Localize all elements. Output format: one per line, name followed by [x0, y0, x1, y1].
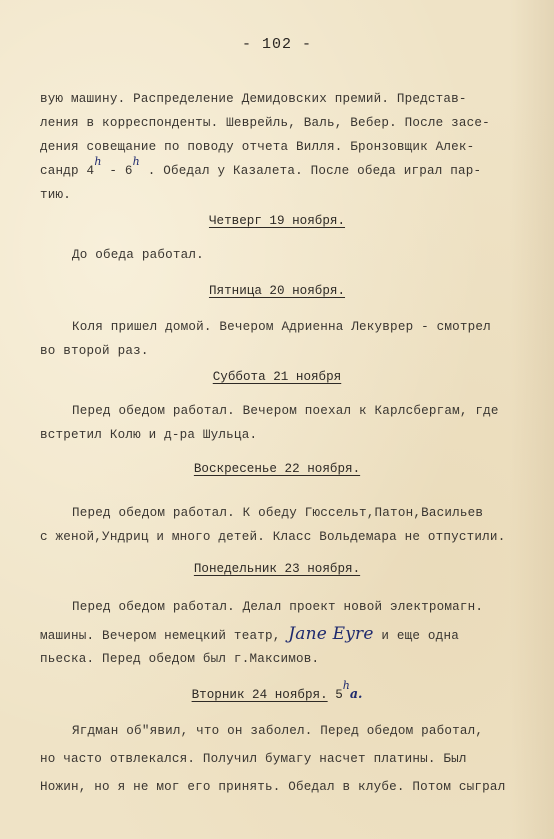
entry-heading: Понедельник 23 ноября.	[0, 562, 554, 576]
handwritten-title: Jane Eyre	[288, 624, 373, 644]
text-line: До обеда работал.	[72, 248, 204, 262]
text-line: Перед обедом работал. Делал проект новой…	[72, 600, 483, 614]
text-line: Перед обедом работал. Вечером поехал к К…	[72, 404, 499, 418]
text-line: Ягдман об"явил, что он заболел. Перед об…	[72, 724, 483, 738]
text-fragment: - 6	[102, 164, 133, 178]
text-line: пьеска. Перед обедом был г.Максимов.	[40, 652, 319, 666]
handwritten-superscript: h	[133, 155, 140, 168]
text-fragment: . Обедал у Казалета. После обеда играл п…	[140, 164, 481, 178]
text-line: встретил Колю и д-ра Шульца.	[40, 428, 257, 442]
text-line: тию.	[40, 188, 71, 202]
entry-heading: Четверг 19 ноября.	[0, 214, 554, 228]
text-fragment: и еще одна	[374, 629, 459, 643]
text-line: во второй раз.	[40, 344, 149, 358]
entry-heading: Пятница 20 ноября.	[0, 284, 554, 298]
text-line: вую машину. Распределение Демидовских пр…	[40, 92, 467, 106]
text-line-with-handwritten-hours: сандр 4h - 6h . Обедал у Казалета. После…	[40, 164, 481, 178]
text-line: Перед обедом работал. К обеду Гюссельт,П…	[72, 506, 483, 520]
text-fragment: машины. Вечером немецкий театр,	[40, 629, 280, 643]
entry-heading: Воскресенье 22 ноября.	[0, 462, 554, 476]
typewritten-page: - 102 - вую машину. Распределение Демидо…	[0, 0, 554, 839]
text-fragment: сандр 4	[40, 164, 94, 178]
text-line-with-handwriting: машины. Вечером немецкий театр, Jane Eyr…	[40, 624, 459, 644]
handwritten-note: 5ha.	[335, 688, 362, 702]
page-number: - 102 -	[0, 36, 554, 53]
text-line: ления в корреспонденты. Шеврейль, Валь, …	[40, 116, 490, 130]
text-line: но часто отвлекался. Получил бумагу насч…	[40, 752, 467, 766]
entry-heading: Вторник 24 ноября. 5ha.	[0, 686, 554, 702]
text-line: с женой,Ундриц и много детей. Класс Воль…	[40, 530, 505, 544]
text-line: Ножин, но я не мог его принять. Обедал в…	[40, 780, 505, 794]
handwritten-superscript: h	[94, 155, 101, 168]
entry-heading: Суббота 21 ноября	[0, 370, 554, 384]
text-line: Коля пришел домой. Вечером Адриенна Леку…	[72, 320, 491, 334]
text-line: дения совещание по поводу отчета Вилля. …	[40, 140, 474, 154]
